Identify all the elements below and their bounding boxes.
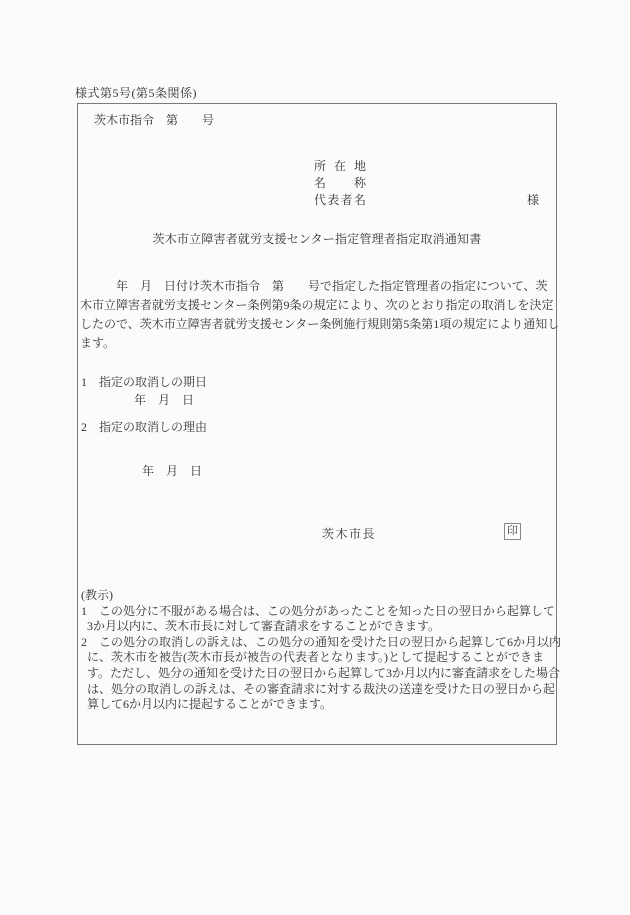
directive-number-line: 茨木市指令 第 号 bbox=[94, 111, 214, 128]
addressee-representative-label: 代表者名 bbox=[314, 191, 366, 208]
closing-date-blank: 年 月 日 bbox=[142, 462, 202, 479]
document-border-box: 茨木市指令 第 号 所在地 名称 代表者名 様 茨木市立障害者就労支援センター指… bbox=[77, 103, 557, 745]
addressee-name-label: 名称 bbox=[314, 174, 366, 191]
item-1-date-blank: 年 月 日 bbox=[134, 391, 194, 408]
legal-notes-kyoji: (教示) 1 この処分に不服がある場合は、この処分があったことを知った日の翌日か… bbox=[81, 588, 561, 713]
item-1-heading: 1 指定の取消しの期日 bbox=[81, 373, 207, 390]
form-number-label: 様式第5号(第5条関係) bbox=[75, 84, 197, 101]
document-page: 様式第5号(第5条関係) 茨木市指令 第 号 所在地 名称 代表者名 様 茨木市… bbox=[0, 0, 630, 915]
body-paragraph: 年 月 日付け茨木市指令 第 号で指定した指定管理者の指定について、茨 木市立障… bbox=[80, 277, 559, 353]
document-title: 茨木市立障害者就労支援センター指定管理者指定取消通知書 bbox=[78, 230, 556, 247]
mayor-signature-label: 茨木市長 bbox=[322, 525, 376, 542]
honorific-sama: 様 bbox=[527, 191, 539, 208]
item-2-heading: 2 指定の取消しの理由 bbox=[81, 418, 207, 435]
seal-stamp-placeholder: 印 bbox=[504, 523, 521, 540]
addressee-location-label: 所在地 bbox=[314, 157, 366, 174]
